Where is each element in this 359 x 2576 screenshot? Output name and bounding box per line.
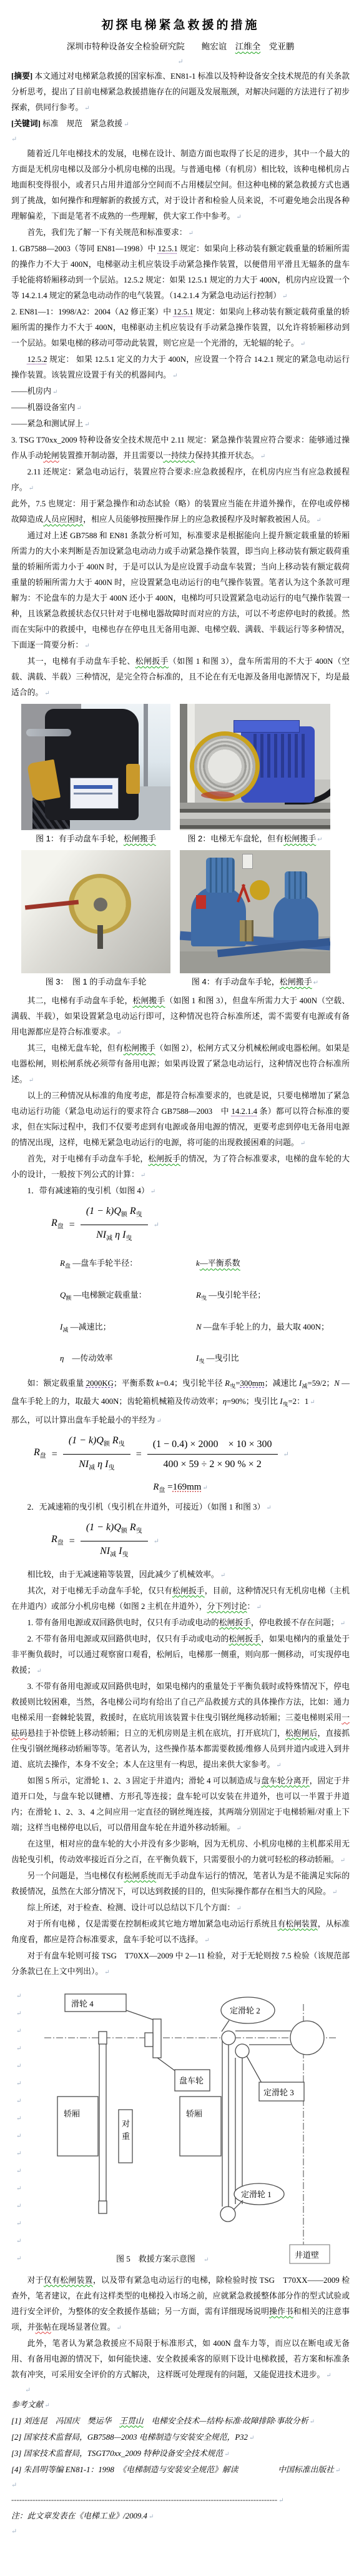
pulley4-leader-line (126, 2010, 155, 2020)
paragraph-conclusion-lead: 综上所述，对于检查、检测、设计可以总结以下几个方面： (11, 1900, 350, 1917)
pilcrow-glyph: ↵ (11, 2482, 17, 2489)
photo-row-2 (21, 850, 350, 973)
authors-line: 深圳市特种设备安全检验研究院 鲍宏谊 江维全 党亚鹏 (11, 39, 350, 55)
paragraph-mark: ↵ (11, 2383, 350, 2397)
text-segment: 曳 (136, 1528, 142, 1535)
var-def: I减 —减速比； (60, 1319, 196, 1338)
pilcrow-glyph: ↵ (16, 2028, 21, 2035)
pilcrow-glyph: ↵ (283, 1451, 289, 1458)
text-segment: 盘车轮分离开 (261, 1777, 309, 1785)
text-segment: 12.5.2 (27, 355, 47, 364)
text-segment: 其一，电梯有手动盘车手轮、 (27, 657, 135, 666)
text-segment: 2. EN81—1：1998/A2：2004（A2 修正案）中 (11, 308, 174, 316)
text-segment: = (165, 1482, 172, 1492)
formula-1: R盘 = (1 − k)Q额 R曳 NI减 η I曳 ↵ (51, 1203, 350, 1246)
text-segment: 松闸扳手 (148, 1155, 180, 1163)
paragraph-suggestion: 对于仅有松闸装置，以及带有紧急电动运行的电梯，除检验时按 TSG T70XX——… (11, 2273, 350, 2336)
figure4-caption: 图 4：有手动盘车手轮，松闸搬手 (180, 975, 330, 991)
paragraph-2-11-more: 2.11 还规定：紧急电动运行，装置应符合要求:应急救援程序，在机房内应当有应急… (11, 464, 350, 496)
motor-cylinder-right (285, 871, 307, 899)
reference-item-3: [3] 国家技术监督局，TSGT70xx_2009 特种设备安全技术规范 (11, 2446, 350, 2462)
pulley4-label: 滑轮 4 (71, 1999, 94, 2008)
pilcrow-glyph: ↵ (16, 1993, 21, 2000)
equals-sign: = (69, 1533, 75, 1549)
text-segment: ，停电救援不存在问题； (251, 1618, 339, 1627)
brass-cylinders (240, 920, 253, 941)
text-segment: 2. 不带有备用电源或双回路供电时，仅只有手动或电动的 (27, 1635, 229, 1643)
bubble-tail (234, 2200, 243, 2210)
car-left-box (57, 2097, 98, 2156)
text-segment: 一持续力 (163, 451, 195, 460)
numerator: (1 − 0.4) × 2000 × 10 × 300 (147, 1436, 278, 1455)
text-segment: 曳 (136, 1211, 142, 1218)
text-segment: 盘 (57, 1223, 64, 1230)
text-segment: 松抱闸后 (285, 1729, 318, 1738)
figure4-photo (180, 850, 330, 973)
text-segment: 有松闸装置 (278, 1920, 318, 1928)
text-segment: R (127, 1522, 136, 1533)
text-segment: 盘 (65, 1263, 71, 1270)
text-segment: (1 − k)Q (86, 1522, 121, 1533)
text-segment: 曳 (199, 1358, 204, 1365)
reference-item-4: [4] 朱昌明等编 EN81-1：1998 《电梯制造与安装安全规范》解读 中国… (11, 2462, 350, 2478)
heading-gearless-machine: 2．无减速箱的曳引机（曳引机在井道外，可接近）（如图 1 和图 3） (11, 1500, 350, 1516)
formula-lhs: R盘 (51, 1531, 64, 1551)
photo-row-1 (21, 704, 350, 830)
text-segment: η (112, 1230, 122, 1240)
text-segment: 其三，电梯无盘车轮，但有 (27, 1044, 124, 1053)
rope-hitch-bottom (99, 2201, 107, 2213)
pilcrow-glyph: ↵ (16, 2080, 21, 2087)
text-segment: 鲍宏谊 (185, 42, 235, 51)
text-segment: 减 (110, 1552, 116, 1559)
var-def: Q额 —电梯额定载重量： (60, 1287, 196, 1306)
car-right-box (180, 2097, 221, 2156)
caption-row-2: 图 3： 图 1 的手动盘车手轮 图 4：有手动盘车手轮，松闸搬手 (21, 975, 350, 991)
text-segment: (1 − k)Q (69, 1435, 104, 1446)
text-segment: 规定： 如果 12.5.1 定义的力大于 400N，应设置一个符合 14.2.1… (11, 355, 350, 379)
outside-handwheel-shape (290, 2021, 324, 2055)
text-segment: 松闸扳手 (135, 657, 169, 666)
text-segment: R (34, 1447, 40, 1458)
handwheel-shaft-pin (97, 925, 103, 949)
abstract: [摘要] 本文通过对电梯紧急救援的国家标准、EN81-1 标准以及特种设备安全技… (11, 69, 350, 116)
figure3-photo (21, 850, 170, 973)
text-segment: —减速比； (68, 1322, 111, 1331)
fraction: (1 − k)Q额 R曳 NI减 η I曳 (81, 1203, 148, 1246)
text-segment: 盘 (159, 1487, 165, 1494)
text-segment: 松闸系统 (124, 1872, 157, 1880)
pilcrow-glyph: ↵ (11, 136, 17, 143)
fixed-pulley3-shape (235, 2044, 249, 2058)
pilcrow-glyph: ↵ (16, 2150, 21, 2157)
numerator: (1 − k)Q额 R曳 (81, 1520, 148, 1541)
fraction: (1 − k)Q额 R曳 NI减 I曳 (81, 1520, 148, 1563)
paragraph-risk: 另一个问题是，当电梯仅有松闸系统而无手动盘车运行的情况，笔者认为是不能满足实际的… (11, 1868, 350, 1900)
text-segment: R (225, 1379, 230, 1388)
machine-room-floor (180, 951, 330, 973)
text-segment: 额 (121, 1211, 127, 1218)
pilcrow-glyph: ↵ (154, 1221, 159, 1229)
pilcrow-glyph: ↵ (16, 2238, 21, 2245)
text-segment: 12.5.1 (158, 244, 178, 253)
paragraph-12-5-2: 12.5.2 规定： 如果 12.5.1 定义的力大于 400N，应设置一个符合… (11, 352, 350, 384)
text-segment: 盘 (40, 1453, 46, 1460)
text-segment: 首先，对于电梯有手动盘车手轮， (27, 1155, 149, 1163)
text-segment: 王贯山 (119, 2417, 143, 2425)
text-segment: —曳引轮半径； (207, 1290, 265, 1300)
text-segment: 400 × 59 ÷ 2 × 90 % × 2 (164, 1459, 262, 1470)
text-segment: 松闸搬手 (280, 977, 312, 986)
paragraph-formula-intro: 首先，对于电梯有手动盘车手轮，松闸扳手的情况，为了符合标准要求，电梯的盘车轮的大… (11, 1151, 350, 1183)
abstract-label: [摘要] (11, 72, 32, 81)
rope-hitch-top (99, 2032, 107, 2044)
text-segment: 松闸搬手 (124, 834, 156, 843)
text-segment: 减 (89, 1465, 95, 1471)
var-def: R曳 —曳引轮半径； (196, 1287, 350, 1306)
text-segment: 3. 不带有备用电源或双回路供电时，如果电梯内的重量处于平衡负载时或特殊情况下，… (11, 1682, 350, 1722)
paragraph-mark: ↵ (11, 2478, 350, 2492)
paragraph-wheel-size: 在这里，相对应的盘车轮的大小并没有多少影响，因为无机房、小机房电梯的主机都采用无… (11, 1837, 350, 1868)
text-segment: =2：1 (288, 1397, 308, 1406)
text-segment: ： (247, 1602, 255, 1611)
text-segment: — (200, 1258, 208, 1268)
text-segment: 图 4：有手动盘车手轮， (192, 977, 280, 986)
text-segment: —盘车手轮上的力，最大取 400N； (202, 1322, 329, 1331)
text-segment: 党亚鹏 (260, 42, 294, 51)
margin-paragraph-marks: ↵ ↵ ↵ ↵ ↵ ↵ ↵ ↵ ↵ ↵ ↵ ↵ ↵ ↵ ↵ ↵ (16, 1993, 21, 2262)
text-segment: —盘车手轮半径： (71, 1258, 137, 1268)
text-segment: 图 1：有手动盘车手轮， (36, 834, 124, 843)
numerator: (1 − k)Q额 R曳 (81, 1203, 148, 1225)
pilcrow-glyph: ↵ (16, 2133, 21, 2140)
pulley4-shape (153, 2019, 161, 2058)
list-item-equipment-room: ——机器设备室内 (11, 400, 350, 416)
text-segment: 图 2：电梯无车盘轮，但有 (187, 834, 283, 843)
keywords: [关键词] 标准 规范 紧急救援 (11, 116, 350, 133)
pilcrow-glyph: ↵ (154, 1538, 159, 1545)
text-segment: (1 − 0.4) × 2000 × 10 × 300 (153, 1439, 272, 1450)
figure1-photo (21, 704, 170, 830)
heading-geared-machine: 1．带有减速箱的曳引机（如图 4） (11, 1183, 350, 1200)
text-segment: 曳 (122, 1552, 128, 1559)
wall-handwheel (250, 880, 270, 900)
var-def: N —盘车手轮上的力，最大取 400N； (196, 1319, 350, 1338)
paragraph-intro: 随着近几年电梯技术的发展，电梯在设计、制造方面也取得了长足的进步，其中一个最大的… (11, 146, 350, 225)
denominator: NI减 η I曳 (63, 1455, 130, 1476)
keywords-text: 标准 规范 紧急救援 (41, 119, 122, 128)
text-segment: 仅有松闸装置 (44, 2276, 93, 2285)
pilcrow-glyph: ↵ (16, 2220, 21, 2227)
text-segment: 12.5.1 (174, 308, 194, 316)
paragraph-conclusion-1: 对于所有电梯 ，仅是需要在控制柜或其它地方增加紧急电动运行系统且有松闸装置，从标… (11, 1917, 350, 1948)
text-segment: —传动效率 (64, 1353, 112, 1363)
yellow-guard-right (126, 764, 140, 794)
var-def: k—平衡系数 (196, 1255, 350, 1275)
window-frame (144, 704, 148, 786)
paragraph-figure5-scheme: 如图 5 所示，定滑轮 1、2、3 固定于井道内；滑轮 4 可以制造成与盘车轮分… (11, 1773, 350, 1837)
text-segment: ；减速比 (265, 1379, 299, 1388)
text-segment: 2000KG (86, 1379, 114, 1388)
document-page: 初探电梯紧急救援的措施 深圳市特种设备安全检验研究院 鲍宏谊 江维全 党亚鹏 ↵… (0, 0, 359, 2576)
denominator: 400 × 59 ÷ 2 × 90 % × 2 (147, 1455, 278, 1472)
pilcrow-glyph: ↵ (25, 2387, 31, 2394)
text-segment: 分下列讨论 (207, 1602, 247, 1611)
reference-item-1: [1] 刘连昆 冯国庆 樊运华 王贯山 电梯安全技术—结构·标准·故障排除·事故… (11, 2413, 350, 2430)
text-segment: 1. GB7588—2003（等同 EN81—1998）中 (11, 244, 158, 253)
text-segment: 松闸搬手 (124, 1044, 155, 1053)
text-segment: 在现场显著位置。 (51, 2323, 115, 2332)
text-segment: 如：额定载重量 (27, 1379, 86, 1388)
handwheel-leader-line (157, 2058, 176, 2072)
wall-notice (242, 854, 253, 869)
text-segment: 对于 (27, 2276, 44, 2285)
text-segment: 曳 (230, 1383, 235, 1389)
denominator: NI减 I曳 (81, 1541, 148, 1563)
pilcrow-glyph: ↵ (16, 2098, 21, 2105)
text-segment: [1] 刘连昆 冯国庆 樊运华 (11, 2417, 119, 2425)
text-segment: 曳 (108, 1465, 114, 1471)
fraction-numeric: (1 − 0.4) × 2000 × 10 × 300 400 × 59 ÷ 2… (147, 1436, 278, 1472)
references-title: 参考文献 (11, 2397, 350, 2413)
text-segment: 1. 带有备用电源或双回路供电时，仅只有手动或电动的 (27, 1618, 219, 1627)
text-segment: 松闸搬手 (133, 996, 165, 1005)
text-segment: R (110, 1435, 119, 1446)
paragraph-then: 那么，可以计算出盘车手轮最小的半经为 (11, 1413, 350, 1429)
publication-note: 注：此文章发表在《电梯工业》/2009.4 (11, 2508, 350, 2525)
text-segment: ；平衡系数 (114, 1379, 156, 1388)
text-segment: η (95, 1459, 105, 1470)
text-segment: 盘 (57, 1540, 64, 1547)
text-segment: 曳 (125, 1235, 132, 1242)
pilcrow-glyph: ↵ (204, 2257, 209, 2263)
machine-base-beam (180, 803, 330, 830)
text-segment: NI (79, 1459, 89, 1470)
text-segment: R (51, 1534, 57, 1545)
name-plate-text-bar (74, 785, 112, 789)
text-segment: R (51, 1218, 57, 1228)
pilcrow-glyph: ↵ (16, 2203, 21, 2210)
text-segment: 松闸搬手 (283, 834, 316, 843)
text-segment: ，相应人员能够按照操作屏上的应急救援程序及时解救被困人员。 (83, 515, 315, 524)
pilcrow-glyph: ↵ (16, 2185, 21, 2192)
vent-slots (253, 734, 308, 778)
car-right-label: 轿厢 (186, 2109, 202, 2118)
text-segment: 松闸扳手 (219, 1618, 251, 1627)
pilcrow-glyph: ↵ (16, 2168, 21, 2175)
formula-2: R盘 = (1 − k)Q额 R曳 NI减 η I曳 = (1 − 0.4) ×… (34, 1433, 350, 1476)
brake-release-rod (26, 729, 71, 736)
fixed-pulley2-label: 定滑轮 2 (230, 2006, 260, 2015)
bubble-tail (222, 2020, 229, 2032)
list-item-machine-room: ——机房内 (11, 384, 350, 400)
paragraph-7-5: 此外，7.5 也规定：用于紧急操作和动态试验（略）的装置应当能在井道外操作，在停… (11, 496, 350, 528)
text-segment: =90%；曳引比 (227, 1397, 280, 1406)
text-segment: 其二，电梯有手动盘车手轮， (27, 996, 133, 1005)
pilcrow-glyph: ↵ (11, 2528, 17, 2535)
text-segment: N (334, 1379, 340, 1388)
text-segment: 曳 (119, 1441, 125, 1448)
paragraph-mark: ↵ (283, 1448, 289, 1461)
formula-result: R盘 =169mm (11, 1480, 350, 1498)
numerator: (1 − k)Q额 R曳 (63, 1433, 130, 1455)
figure2-photo (180, 704, 330, 830)
pilcrow-glyph: ↵ (16, 2255, 21, 2262)
fixed-pulley1-shape (220, 2207, 235, 2222)
reference-item-2: [2] 国家技术监督局，GB7588—2003 电梯制造与安装安全规范，P32 (11, 2430, 350, 2446)
text-segment: 保持其推开状态。 (195, 451, 258, 460)
paragraph-analysis: 通过对上述 GB7588 和 EN81 条款分析可知，标准要求是根据能向上提升额… (11, 528, 350, 654)
paragraph-lead: 首先，我们先了解一下有关规范和标准要求： (11, 225, 350, 241)
text-segment: 其次，对于电梯无手动盘车手轮，仅只有 (27, 1586, 172, 1595)
text-segment: 松闸扳手 (172, 1586, 205, 1595)
doc-title: 初探电梯紧急救援的措施 (11, 16, 350, 35)
paragraph-standard-en81: 2. EN81—1：1998/A2：2004（A2 修正案）中 12.5.1 规… (11, 304, 350, 352)
handwheel-label: 盘车轮 (179, 2076, 204, 2085)
paragraph-example-values: 如：额定载重量 2000KG；平衡系数 k=0.4；曳引轮半径 R曳=300mm… (11, 1376, 350, 1413)
text-segment: 额 (121, 1528, 127, 1535)
text-segment: 深圳市特种设备安全检验研究院 (67, 42, 185, 51)
text-segment: 松闸扳手 (229, 1635, 261, 1643)
keywords-label: [关键词] (11, 119, 41, 128)
text-segment: 减 (62, 1326, 68, 1333)
handwheel-hub (94, 898, 107, 911)
text-segment: 电梯安全技术—结构·标准·故障排除·事故分析 (144, 2417, 308, 2425)
paragraph-case3: 其三，电梯无盘车轮，但有松闸搬手（如图 2），松闸方式又分机械松闸或电器松闸。如… (11, 1041, 350, 1088)
fixed-pulley2-shape (222, 2031, 235, 2045)
text-segment: 操作书 (269, 2307, 293, 2316)
text-segment: —曳引比 (204, 1353, 239, 1363)
abstract-text: 本文通过对电梯紧急救援的国家标准、EN81-1 标准以及特种设备安全技术规范的有… (11, 72, 350, 112)
formula-lhs: R盘 (34, 1445, 46, 1464)
caption-row-1: 图 1：有手动盘车手轮，松闸搬手 图 2：电梯无车盘轮，但有松闸搬手 (21, 831, 350, 848)
text-segment: 图 3： 图 1 的手动盘车手轮 (46, 977, 147, 986)
text-segment: 平衡系数 (208, 1258, 240, 1268)
paragraph-summary3cases: 以上的三种情况从标准的角度考虑，都是符合标准要求的，也就是说，只要电梯增加了紧急… (11, 1088, 350, 1151)
figure3-caption: 图 3： 图 1 的手动盘车手轮 (21, 975, 170, 991)
text-segment: 装置推开制动器，并且需要以 (59, 451, 163, 460)
var-def: I曳 —曳引比 (196, 1350, 350, 1370)
figure1-caption: 图 1：有手动盘车手轮，松闸搬手 (21, 831, 170, 848)
text-segment: (1 − k)Q (86, 1206, 121, 1216)
shaft-wall-label: 井道壁 (295, 2250, 319, 2260)
motor-cylinder-left (206, 858, 235, 893)
separator-line: ----------------------------------------… (11, 2492, 350, 2508)
text-segment: =59/2； (308, 1379, 335, 1388)
text-segment: N (196, 1322, 202, 1331)
paragraph-mark: ↵ (11, 55, 350, 69)
text-segment: 江维全 (235, 42, 261, 51)
text-segment: R (127, 1206, 136, 1216)
pilcrow-glyph: ↵ (16, 2115, 21, 2122)
car-left-label: 轿厢 (64, 2109, 80, 2118)
denominator: NI减 η I曳 (81, 1225, 148, 1246)
text-segment: R (60, 1258, 65, 1268)
traction-sheave (190, 731, 260, 801)
text-segment: 169mm (173, 1482, 202, 1492)
traction-machine-right (273, 895, 318, 940)
text-segment: 张帖 (35, 2323, 51, 2332)
text-segment: 曳 (201, 1295, 207, 1301)
text-segment: 14.2.1.4 (231, 1107, 257, 1116)
paragraph-case1: 其一，电梯有手动盘车手轮、松闸扳手（如图 1 和图 3），盘车所需用的不大于 4… (11, 654, 350, 701)
paragraph-conclusion-2: 对于有盘车轮则可接 TSG T70XX—2009 中 2—11 检验，对于无轮则… (11, 1948, 350, 1980)
pulley4-hub (145, 2033, 153, 2047)
red-mark (201, 791, 235, 799)
text-segment: NI (96, 1230, 106, 1240)
text-segment: = (235, 1379, 240, 1388)
text-segment: 人员应困时 (43, 515, 83, 524)
text-segment: R (153, 1482, 159, 1492)
paragraph-no-handwheel: 其次，对于电梯无手动盘车手轮，仅只有松闸扳手，目前，这种情况只有无机房电梯（主机… (11, 1583, 350, 1615)
text-segment: 如图 5 所示，定滑轮 1、2、3 固定于井道内；滑轮 4 可以制造成与 (27, 1777, 262, 1785)
counterweight-label: 重 (122, 2132, 130, 2141)
paragraph-final: 此外，笔者认为紧急救援应不局限于标准形式，如 400N 盘车力等，而应以在断电或… (11, 2336, 350, 2383)
text-segment: —电梯额定载重量： (71, 1290, 146, 1300)
text-segment: R (196, 1290, 201, 1300)
equals-sign: = (136, 1446, 142, 1462)
text-segment: NI (100, 1546, 110, 1556)
name-plate-text-bar (74, 793, 112, 794)
text-segment: 另一个问题是，当电梯仅有 (27, 1872, 124, 1880)
text-segment: 减 (106, 1235, 112, 1242)
paragraph-case-balanced: 3. 不带有备用电源或双回路供电时，如果电梯内的重量处于平衡负载时或特殊情况下，… (11, 1679, 350, 1773)
pilcrow-glyph: ↵ (16, 2045, 21, 2052)
var-def: R盘 —盘车手轮半径： (60, 1255, 196, 1275)
text-segment: 悬挂于补偿链上移动轿厢；日立的无机房则是主机在底坑，打开底坑门， (27, 1729, 285, 1738)
paragraph-mark: ↵ (11, 133, 350, 146)
fraction: (1 − k)Q额 R曳 NI减 η I曳 (63, 1433, 130, 1476)
equals-sign: = (69, 1217, 75, 1233)
paragraph-tsg-2-11: 3. TSG T70xx_2009 特种设备安全技术规范中 2.11 规定：紧急… (11, 433, 350, 464)
fixed-pulley3-leader (247, 2056, 262, 2083)
text-segment: =0.4；曳引轮半径 (160, 1379, 225, 1388)
paragraph-compare: 相比较，由于无减速箱等装置，因此减少了机械效率。 (11, 1567, 350, 1583)
text-segment: 轮闸 (43, 451, 59, 460)
list-item-test-panel: ——紧急和测试屏上 (11, 416, 350, 433)
text-segment: 对于所有电梯 ，仅是需要在控制柜或其它地方增加紧急电动运行系统且 (27, 1920, 278, 1928)
pilcrow-glyph: ↵ (16, 2063, 21, 2070)
pilcrow-glyph: ↵ (16, 2010, 21, 2017)
fixed-pulley3-label: 定滑轮 3 (263, 2088, 294, 2097)
text-segment: 额 (104, 1441, 110, 1448)
formula-3: R盘 = (1 − k)Q额 R曳 NI减 I曳 ↵ (51, 1520, 350, 1563)
pilcrow-glyph: ↵ (177, 58, 183, 66)
figure5-caption: 图 5 救援方案示意图 (116, 2254, 195, 2263)
figure5-diagram: ↵ ↵ ↵ ↵ ↵ ↵ ↵ ↵ ↵ ↵ ↵ ↵ ↵ ↵ ↵ ↵ (11, 1980, 350, 2273)
equals-sign: = (52, 1446, 57, 1462)
red-tag (196, 895, 206, 909)
text-segment: Q (60, 1290, 66, 1300)
text-segment: 300mm (240, 1379, 265, 1388)
paragraph-mark: ↵ (154, 1535, 159, 1548)
fixed-pulley1-label: 定滑轮 1 (241, 2190, 272, 2199)
text-segment: 减 (302, 1383, 307, 1389)
formula-lhs: R盘 (51, 1215, 64, 1235)
paragraph-case-unbalanced: 2. 不带有备用电源或双回路供电时，仅只有手动或电动的松闸扳手，如果电梯内的重量… (11, 1631, 350, 1679)
paragraph-standard-gb7588: 1. GB7588—2003（等同 EN81—1998）中 12.5.1 规定：… (11, 241, 350, 304)
paragraph-mark: ↵ (154, 1218, 159, 1232)
counterweight-label: 对 (122, 2119, 130, 2128)
figure2-caption: 图 2：电梯无车盘轮，但有松闸搬手 (180, 831, 330, 848)
variable-definitions: R盘 —盘车手轮半径： k—平衡系数 Q额 —电梯额定载重量： R曳 —曳引轮半… (60, 1255, 350, 1369)
top-plate (234, 720, 300, 733)
paragraph-case-backup-power: 1. 带有备用电源或双回路供电时，仅只有手动或电动的松闸扳手，停电救援不存在问题… (11, 1615, 350, 1631)
paragraph-case2: 其二，电梯有手动盘车手轮，松闸搬手（如图 1 和图 3），但盘车所需力大于 40… (11, 993, 350, 1041)
paragraph-mark: ↵ (11, 2525, 350, 2538)
var-def: η —传动效率 (60, 1350, 196, 1370)
